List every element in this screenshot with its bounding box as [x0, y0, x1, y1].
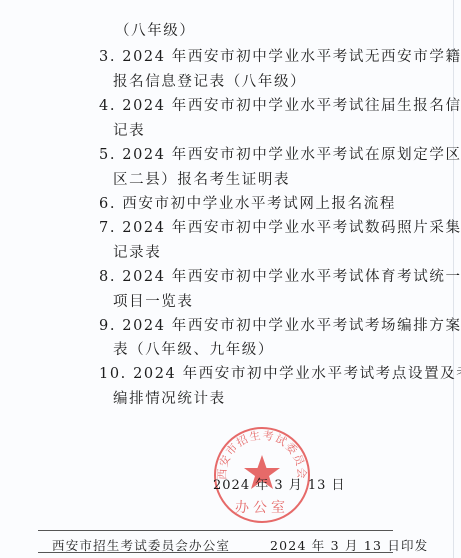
attachment-line-6: 区二县）报名考生证明表: [113, 171, 290, 189]
footer-bottom-rule: [38, 552, 393, 553]
attachment-line-15: 编排情况统计表: [113, 390, 226, 408]
attachment-line-14: 10. 2024 年西安市初中学业水平考试考点设置及考场: [99, 365, 461, 383]
svg-text:办公室: 办公室: [235, 499, 289, 516]
attachment-line-11: 项目一览表: [113, 293, 194, 311]
footer-top-rule: [38, 530, 393, 531]
attachment-line-4: 记表: [113, 122, 145, 140]
signature-date: 2024 年 3 月 13 日: [213, 474, 346, 493]
attachment-line-12: 9. 2024 年西安市初中学业水平考试考场编排方案统计: [99, 317, 461, 335]
attachment-line-3: 4. 2024 年西安市初中学业水平考试往届生报名信息登: [99, 97, 461, 115]
attachment-line-10: 8. 2024 年西安市初中学业水平考试体育考试统一考试: [99, 268, 461, 286]
attachment-line-2: 报名信息登记表（八年级）: [113, 73, 306, 91]
attachment-line-8: 7. 2024 年西安市初中学业水平考试数码照片采集工作: [99, 219, 461, 237]
attachment-line-1: 3. 2024 年西安市初中学业水平考试无西安市学籍考生: [99, 48, 461, 66]
document-page: （八年级） 3. 2024 年西安市初中学业水平考试无西安市学籍考生 报名信息登…: [0, 0, 461, 558]
attachment-line-5: 5. 2024 年西安市初中学业水平考试在原划定学区（五: [99, 146, 461, 164]
attachment-line-13: 表（八年级、九年级）: [113, 341, 274, 359]
attachment-line-0: （八年级）: [115, 22, 196, 40]
attachment-line-7: 6. 西安市初中学业水平考试网上报名流程: [99, 195, 396, 213]
attachment-line-9: 记录表: [113, 244, 161, 262]
